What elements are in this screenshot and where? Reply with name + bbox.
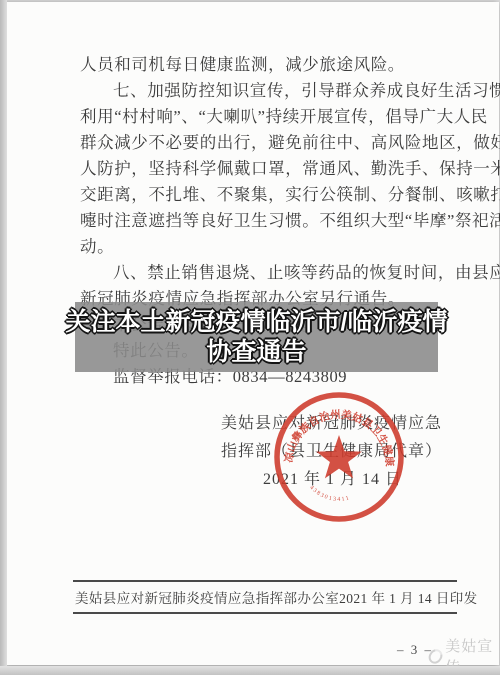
body-line: 嚏时注意遮挡等良好卫生习惯。不组织大型“毕摩”祭祀活 xyxy=(80,208,454,234)
svg-text:4383013411: 4383013411 xyxy=(308,485,351,503)
seal-code: 4383013411 xyxy=(308,485,351,503)
photo-left-edge xyxy=(0,0,7,675)
imprint-office: 美姑县应对新冠肺炎疫情应急指挥部办公室 xyxy=(75,587,339,607)
meigu-logo-icon xyxy=(426,646,445,666)
imprint-box: 美姑县应对新冠肺炎疫情应急指挥部办公室 2021 年 1 月 14 日印发 xyxy=(73,580,457,614)
headline-line2: 协查通告 xyxy=(206,337,306,367)
document-page: 人员和司机每日健康监测，减少旅途风险。 七、加强防控知识宣传，引导群众养成良好生… xyxy=(7,2,499,665)
document-photo: 人员和司机每日健康监测，减少旅途风险。 七、加强防控知识宣传，引导群众养成良好生… xyxy=(0,0,500,675)
seal-star-icon xyxy=(316,435,362,478)
headline-line1: 关注本土新冠疫情临沂市/临沂疫情 xyxy=(66,307,448,337)
body-line: 群众减少不必要的出行，避免前往中、高风险地区，做好个 xyxy=(80,130,454,156)
body-line: 动。 xyxy=(80,234,454,260)
imprint-date: 2021 年 1 月 14 日印发 xyxy=(339,587,477,607)
headline-overlay: 关注本土新冠疫情临沂市/临沂疫情 协查通告 xyxy=(75,302,438,372)
body-line: 交距离，不扎堆、不聚集，实行公筷制、分餐制、咳嗽打喷 xyxy=(80,182,454,208)
photo-bottom-edge xyxy=(0,666,500,675)
official-seal: 凉山彝族自治州美姑县卫生健康局 4383013411 xyxy=(269,387,409,527)
body-line: 利用“村村响”、“大喇叭”持续开展宣传，倡导广大人民 xyxy=(80,104,454,130)
body-line: 人防护，坚持科学佩戴口罩，常通风、勤洗手、保持一米社 xyxy=(80,156,454,182)
body-line: 七、加强防控知识宣传，引导群众养成良好生活习惯。 xyxy=(80,78,454,104)
body-line: 人员和司机每日健康监测，减少旅途风险。 xyxy=(80,52,454,78)
body-line: 八、禁止销售退烧、止咳等药品的恢复时间，由县应对 xyxy=(80,260,454,286)
